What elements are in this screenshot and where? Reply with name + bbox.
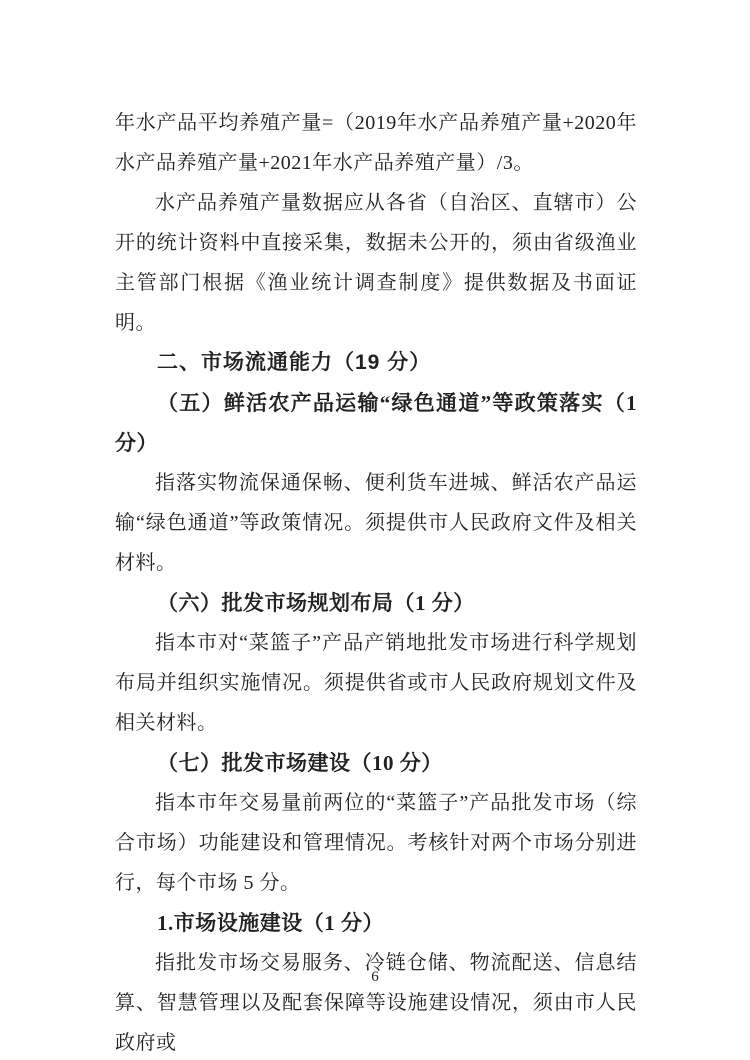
- document-content: 年水产品平均养殖产量=（2019年水产品养殖产量+2020年水产品养殖产量+20…: [115, 103, 637, 1060]
- paragraph-item-5-description: 指落实物流保通保畅、便利货车进城、鲜活农产品运输“绿色通道”等政策情况。须提供市…: [115, 463, 637, 583]
- document-page: 年水产品平均养殖产量=（2019年水产品养殖产量+2020年水产品养殖产量+20…: [0, 0, 750, 1060]
- paragraph-sub-1-description: 指批发市场交易服务、冷链仓储、物流配送、信息结算、智慧管理以及配套保障等设施建设…: [115, 943, 637, 1060]
- heading-section-2-market-circulation: 二、市场流通能力（19 分）: [115, 343, 637, 383]
- paragraph-item-7-description: 指本市年交易量前两位的“菜篮子”产品批发市场（综合市场）功能建设和管理情况。考核…: [115, 783, 637, 903]
- paragraph-aquatic-average-formula: 年水产品平均养殖产量=（2019年水产品养殖产量+2020年水产品养殖产量+20…: [115, 103, 637, 183]
- heading-item-7-wholesale-market-construction: （七）批发市场建设（10 分）: [115, 743, 637, 783]
- heading-sub-1-market-facilities: 1.市场设施建设（1 分）: [115, 903, 637, 943]
- heading-item-6-wholesale-market-planning: （六）批发市场规划布局（1 分）: [115, 583, 637, 623]
- heading-item-5-green-channel-policy: （五）鲜活农产品运输“绿色通道”等政策落实（1 分）: [115, 383, 637, 463]
- paragraph-item-6-description: 指本市对“菜篮子”产品产销地批发市场进行科学规划布局并组织实施情况。须提供省或市…: [115, 623, 637, 743]
- paragraph-aquatic-data-source: 水产品养殖产量数据应从各省（自治区、直辖市）公开的统计资料中直接采集，数据未公开…: [115, 183, 637, 343]
- page-number: 6: [0, 969, 750, 986]
